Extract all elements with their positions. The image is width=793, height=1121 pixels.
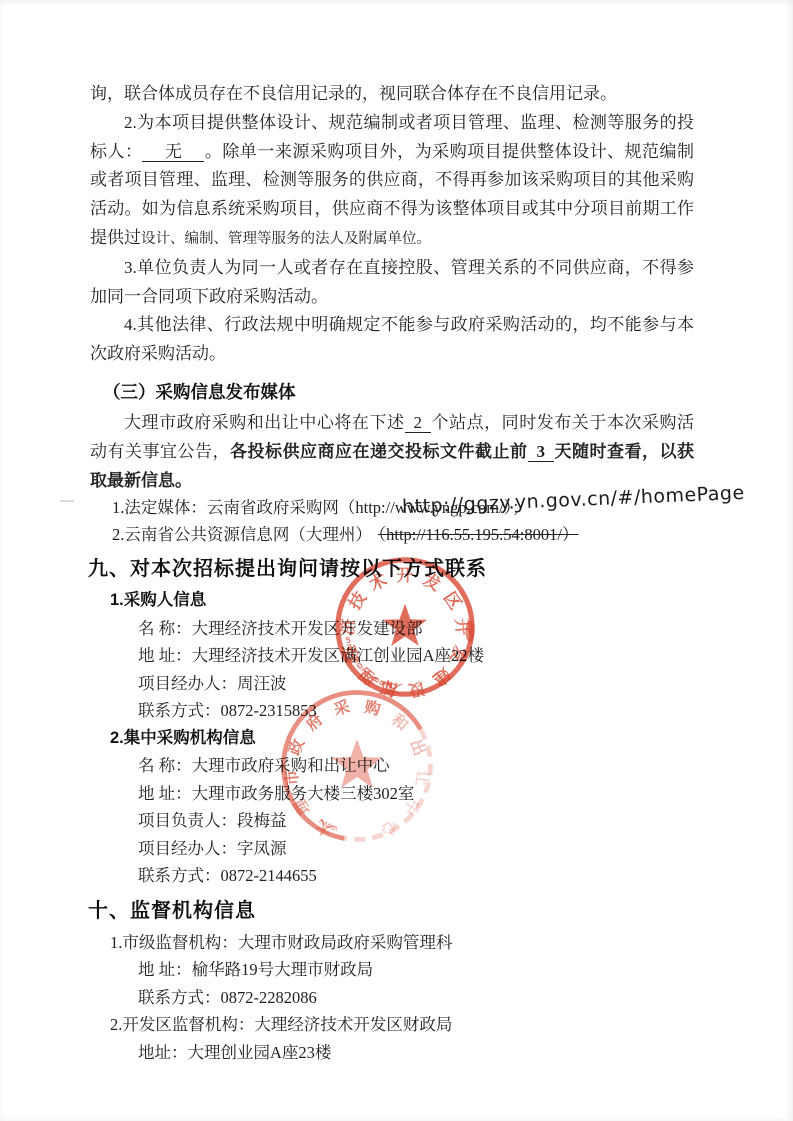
days-blank: 3 — [528, 442, 555, 462]
city-supervisor-row: 1.市级监督机构：大理市财政局政府采购管理科 — [90, 929, 694, 957]
media-item-public-resource: 2.云南省公共资源信息网（大理州）（http://116.55.195.54:8… — [90, 522, 694, 549]
p2-text-small: 设计、编制、管理等服务的法人及附属单位。 — [141, 231, 431, 247]
seal-star-icon — [331, 739, 382, 788]
scanned-document-page: 询，联合体成员存在不良信用记录的，视同联合体存在不良信用记录。 2.为本项目提供… — [0, 0, 793, 1121]
development-zone-seal-stamp: 大理经济技术开发区开发建设部5323022893 — [332, 554, 478, 700]
seal-arc-char: 购 — [363, 697, 383, 719]
fill-in-blank-none: 无 — [142, 143, 204, 163]
media-item-2-name: 2.云南省公共资源信息网（大理州） — [112, 525, 372, 544]
zone-supervisor-address-row: 地址：大理创业园A座23楼 — [90, 1039, 694, 1067]
seal-arc-char: 让 — [412, 769, 432, 787]
scan-artifact — [60, 500, 74, 502]
paragraph-service-providers: 2.为本项目提供整体设计、规范编制或者项目管理、监理、检测等服务的投标人：无。除… — [90, 109, 694, 254]
city-supervisor-address-row: 地 址：榆华路19号大理市财政局 — [90, 956, 694, 984]
struck-url: （http://116.55.195.54:8001/） — [378, 525, 579, 544]
heading-media-section: （三）采购信息发布媒体 — [90, 379, 694, 405]
agency-contact-row: 联系方式：0872-2144655 — [90, 862, 694, 890]
media-intro-text-1: 大理市政府采购和出让中心将在下述 — [124, 413, 405, 432]
paragraph-other-laws: 4.其他法律、行政法规中明确规定不能参与政府采购活动的，均不能参与本次政府采购活… — [90, 311, 694, 369]
media-intro-bold-1: 各投标供应商应在递交投标文件截止前 — [230, 442, 528, 461]
procurement-center-seal-stamp: 大理市政府采购和出让中心269 — [278, 687, 436, 845]
paragraph-media-intro: 大理市政府采购和出让中心将在下述2个站点，同时发布关于本次采购活动有关事宜公告，… — [90, 409, 694, 495]
site-count-blank: 2 — [405, 413, 432, 433]
seal-star-icon — [383, 604, 427, 646]
paragraph-credit-record: 询，联合体成员存在不良信用记录的，视同联合体存在不良信用记录。 — [90, 80, 694, 109]
seal-arc-char: 市 — [282, 769, 302, 787]
seal-arc-char: 济 — [337, 617, 359, 636]
city-supervisor-contact-row: 联系方式：0872-2282086 — [90, 984, 694, 1012]
seal-arc-char: 采 — [332, 697, 352, 719]
zone-supervisor-row: 2.开发区监督机构：大理经济技术开发区财政局 — [90, 1011, 694, 1039]
seal-arc-char: 出 — [406, 737, 429, 759]
seal-arc-char: 开 — [452, 617, 474, 636]
seal-arc-char: 开 — [397, 565, 414, 585]
heading-section-10: 十、监督机构信息 — [88, 897, 694, 925]
paragraph-same-person: 3.单位负责人为同一人或者存在直接控股、管理关系的不同供应商，不得参加同一合同项… — [90, 254, 694, 312]
